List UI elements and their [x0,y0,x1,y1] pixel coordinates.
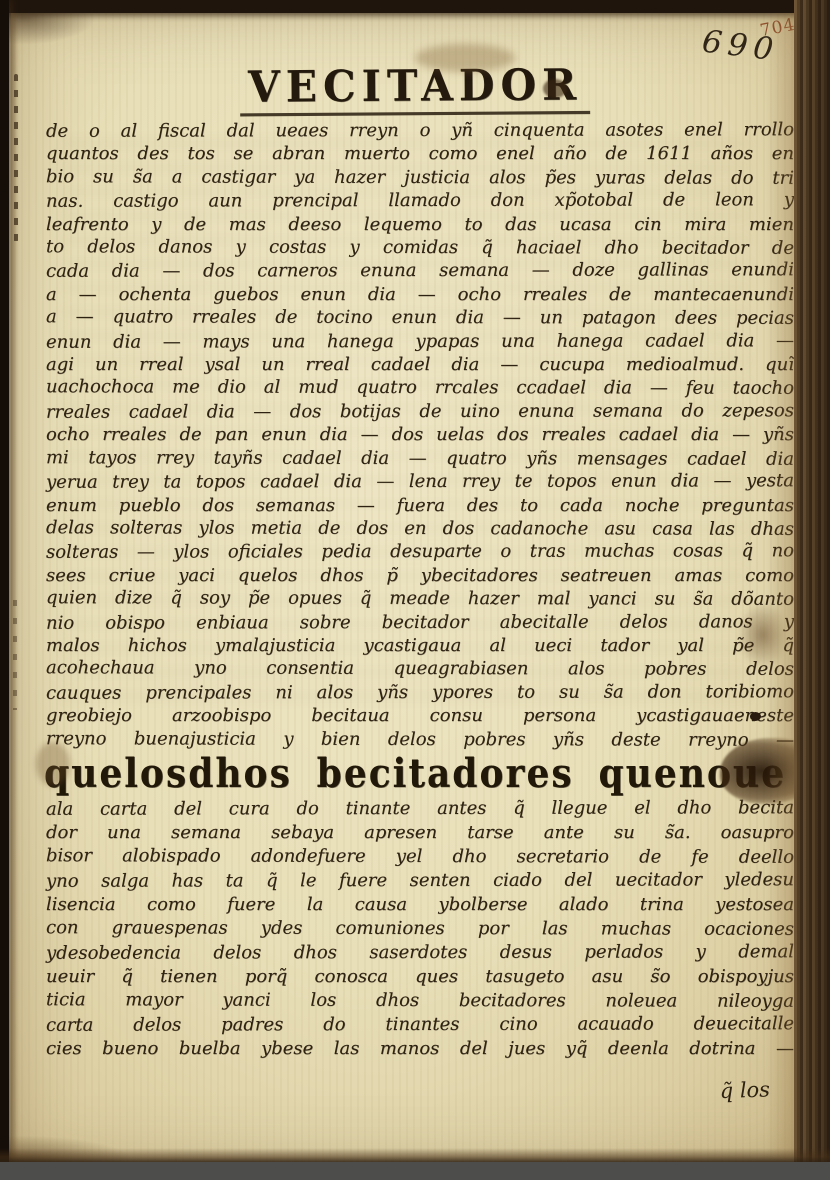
manuscript-line: to delos danos y costas y comidas q̃ hac… [46,235,794,260]
manuscript-line: uachochoca me dio al mud quatro rrcales … [46,376,794,401]
manuscript-page-scan: 704 690 VECITADOR de o al fiscal dal uea… [0,0,830,1180]
manuscript-line: bio su s̃a a castigar ya hazer justicia … [46,165,794,190]
manuscript-line: ocho rreales de pan enun dia — dos uelas… [46,423,794,446]
manuscript-line: ydesobedencia delos dhos saserdotes desu… [46,940,794,966]
manuscript-line: bisor alobispado adondefuere yel dho sec… [46,844,794,870]
manuscript-line: enun dia — mays una hanega ypapas una ha… [46,329,794,354]
table-surface-bottom [0,1162,830,1180]
paragraph-block-1: de o al fiscal dal ueaes rreyn o yñ cinq… [46,119,794,751]
binding-stitches [14,74,18,242]
right-edge-shadow [766,13,796,1160]
manuscript-line: sees criue yaci quelos dhos p̃ ybecitado… [46,564,794,587]
manuscript-line: lisencia como fuere la causa ybolberse a… [46,893,794,917]
manuscript-line: dor una semana sebaya apresen tarse ante… [46,821,794,845]
manuscript-line: rreales cadael dia — dos botijas de uino… [46,399,794,424]
manuscript-line: greobiejo arzoobispo becitaua consu pers… [46,704,794,727]
book-binding-left [0,0,9,1180]
manuscript-line: nas. castigo aun prencipal llamado don x… [46,188,794,213]
manuscript-line: cies bueno buelba ybese las manos del ju… [46,1037,794,1061]
manuscript-line: ticia mayor yanci los dhos becitadores n… [46,988,794,1014]
binding-stitches-lower [13,600,17,710]
manuscript-line: rreyno buenajusticia y bien delos pobres… [46,727,794,752]
manuscript-line: yerua trey ta topos cadael dia — lena rr… [46,469,794,494]
page-title: VECITADOR [240,59,591,116]
manuscript-line: solteras — ylos oficiales pedia desupart… [46,540,794,565]
corner-shadow-top-left [6,11,96,45]
manuscript-line: nio obispo enbiaua sobre becitador abeci… [46,610,794,635]
catchword: q̃ los [620,1077,771,1106]
manuscript-line: a — ochenta guebos enun dia — ocho rreal… [46,283,794,306]
section-heading: quelosdhos becitadores quenoue [44,750,786,797]
manuscript-line: con grauespenas ydes comuniones por las … [46,916,794,942]
manuscript-line: leafrento y de mas deeso lequemo to das … [46,213,794,236]
manuscript-line: cada dia — dos carneros enuna semana — d… [46,259,794,284]
manuscript-line: ueuir q̃ tienen porq̃ conosca ques tasug… [46,965,794,989]
book-page-edges-right [794,0,830,1162]
manuscript-line: quien dize q̃ soy p̃e opues q̃ meade haz… [46,586,794,611]
manuscript-line: a — quatro rreales de tocino enun dia — … [46,305,794,330]
manuscript-line: ala carta del cura do tinante antes q̃ l… [46,796,794,822]
paragraph-block-2: ala carta del cura do tinante antes q̃ l… [46,797,794,1061]
manuscript-line: delas solteras ylos metia de dos en dos … [46,516,794,541]
manuscript-line: agi un rreal ysal un rreal cadael dia — … [46,353,794,376]
title-wrap: VECITADOR [0,62,830,114]
manuscript-line: carta delos padres do tinantes cino acau… [46,1012,794,1038]
manuscript-line: yno salga has ta q̃ le fuere senten ciad… [46,868,794,894]
manuscript-line: acohechaua yno consentia queagrabiasen a… [46,657,794,682]
manuscript-line: malos hichos ymalajusticia ycastigaua al… [46,634,794,657]
manuscript-line: mi tayos rrey tayñs cadael dia — quatro … [46,446,794,471]
manuscript-line: enum pueblo dos semanas — fuera des to c… [46,494,794,517]
manuscript-line: quantos des tos se abran muerto como ene… [46,142,794,165]
book-edge-top [0,0,830,13]
manuscript-line: de o al fiscal dal ueaes rreyn o yñ cinq… [46,118,794,143]
manuscript-line: cauques prencipales ni alos yñs ypores t… [46,680,794,705]
